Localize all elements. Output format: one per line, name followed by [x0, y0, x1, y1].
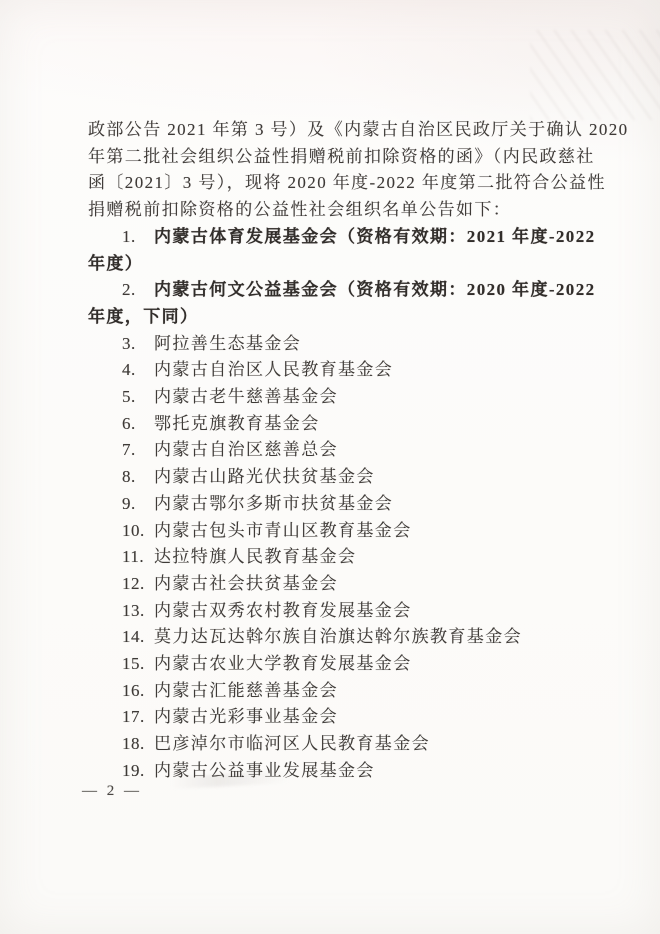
item-text: 内蒙古社会扶贫基金会 [154, 574, 338, 593]
list-item: 7.内蒙古自治区慈善总会 [88, 437, 582, 464]
item-number: 8. [122, 464, 154, 491]
item-number: 12. [122, 571, 154, 598]
item-text: 内蒙古体育发展基金会（资格有效期：2021 年度-2022 [154, 227, 596, 246]
item-number: 11. [122, 544, 154, 571]
paragraph-line: 捐赠税前扣除资格的公益性社会组织名单公告如下： [88, 197, 582, 224]
list-item: 16.内蒙古汇能慈善基金会 [88, 678, 582, 705]
item-number: 4. [122, 357, 154, 384]
scanned-document-page: 政部公告 2021 年第 3 号）及《内蒙古自治区民政厅关于确认 2020年第二… [0, 0, 660, 934]
scan-streak-artifact [530, 30, 660, 120]
list-item: 2.内蒙古何文公益基金会（资格有效期：2020 年度-2022年度，下同） [88, 277, 582, 330]
item-number: 6. [122, 411, 154, 438]
list-item: 17.内蒙古光彩事业基金会 [88, 704, 582, 731]
list-item: 15.内蒙古农业大学教育发展基金会 [88, 651, 582, 678]
list-item: 3.阿拉善生态基金会 [88, 331, 582, 358]
item-text: 内蒙古何文公益基金会（资格有效期：2020 年度-2022 [154, 280, 596, 299]
foundation-list: 1.内蒙古体育发展基金会（资格有效期：2021 年度-2022年度）2.内蒙古何… [88, 224, 582, 785]
item-text: 巴彦淖尔市临河区人民教育基金会 [154, 734, 430, 753]
intro-paragraph: 政部公告 2021 年第 3 号）及《内蒙古自治区民政厅关于确认 2020年第二… [88, 117, 582, 224]
item-number: 1. [122, 224, 154, 251]
item-text: 内蒙古农业大学教育发展基金会 [154, 654, 412, 673]
list-item: 10.内蒙古包头市青山区教育基金会 [88, 518, 582, 545]
item-text: 内蒙古公益事业发展基金会 [154, 761, 375, 780]
item-number: 19. [122, 758, 154, 785]
paragraph-line: 年第二批社会组织公益性捐赠税前扣除资格的函》（内民政慈社 [88, 144, 582, 171]
document-body: 政部公告 2021 年第 3 号）及《内蒙古自治区民政厅关于确认 2020年第二… [88, 117, 582, 785]
item-text: 内蒙古包头市青山区教育基金会 [154, 521, 412, 540]
item-text: 内蒙古自治区人民教育基金会 [154, 360, 393, 379]
item-text: 内蒙古山路光伏扶贫基金会 [154, 467, 375, 486]
list-item: 4.内蒙古自治区人民教育基金会 [88, 357, 582, 384]
list-item: 9.内蒙古鄂尔多斯市扶贫基金会 [88, 491, 582, 518]
item-number: 13. [122, 598, 154, 625]
item-number: 2. [122, 277, 154, 304]
list-item: 19.内蒙古公益事业发展基金会 [88, 758, 582, 785]
item-number: 18. [122, 731, 154, 758]
list-item: 8.内蒙古山路光伏扶贫基金会 [88, 464, 582, 491]
item-text: 阿拉善生态基金会 [154, 334, 301, 353]
item-number: 10. [122, 518, 154, 545]
item-number: 14. [122, 624, 154, 651]
item-number: 5. [122, 384, 154, 411]
list-item: 1.内蒙古体育发展基金会（资格有效期：2021 年度-2022年度） [88, 224, 582, 277]
item-text: 鄂托克旗教育基金会 [154, 414, 320, 433]
item-text: 莫力达瓦达斡尔族自治旗达斡尔族教育基金会 [154, 627, 522, 646]
list-item: 12.内蒙古社会扶贫基金会 [88, 571, 582, 598]
item-number: 15. [122, 651, 154, 678]
item-number: 9. [122, 491, 154, 518]
item-text: 内蒙古老牛慈善基金会 [154, 387, 338, 406]
item-text: 内蒙古自治区慈善总会 [154, 440, 338, 459]
list-item: 13.内蒙古双秀农村教育发展基金会 [88, 598, 582, 625]
item-number: 3. [122, 331, 154, 358]
item-text-continuation: 年度，下同） [88, 304, 582, 331]
list-item: 11.达拉特旗人民教育基金会 [88, 544, 582, 571]
list-item: 18.巴彦淖尔市临河区人民教育基金会 [88, 731, 582, 758]
item-text-continuation: 年度） [88, 251, 582, 278]
item-text: 内蒙古双秀农村教育发展基金会 [154, 601, 412, 620]
paragraph-line: 函〔2021〕3 号），现将 2020 年度-2022 年度第二批符合公益性 [88, 170, 582, 197]
item-number: 7. [122, 437, 154, 464]
item-text: 内蒙古鄂尔多斯市扶贫基金会 [154, 494, 393, 513]
item-number: 17. [122, 704, 154, 731]
item-number: 16. [122, 678, 154, 705]
item-text: 内蒙古汇能慈善基金会 [154, 681, 338, 700]
paragraph-line: 政部公告 2021 年第 3 号）及《内蒙古自治区民政厅关于确认 2020 [88, 117, 582, 144]
list-item: 14.莫力达瓦达斡尔族自治旗达斡尔族教育基金会 [88, 624, 582, 651]
item-text: 内蒙古光彩事业基金会 [154, 707, 338, 726]
list-item: 6.鄂托克旗教育基金会 [88, 411, 582, 438]
item-text: 达拉特旗人民教育基金会 [154, 547, 356, 566]
page-number: — 2 — [82, 783, 142, 800]
list-item: 5.内蒙古老牛慈善基金会 [88, 384, 582, 411]
